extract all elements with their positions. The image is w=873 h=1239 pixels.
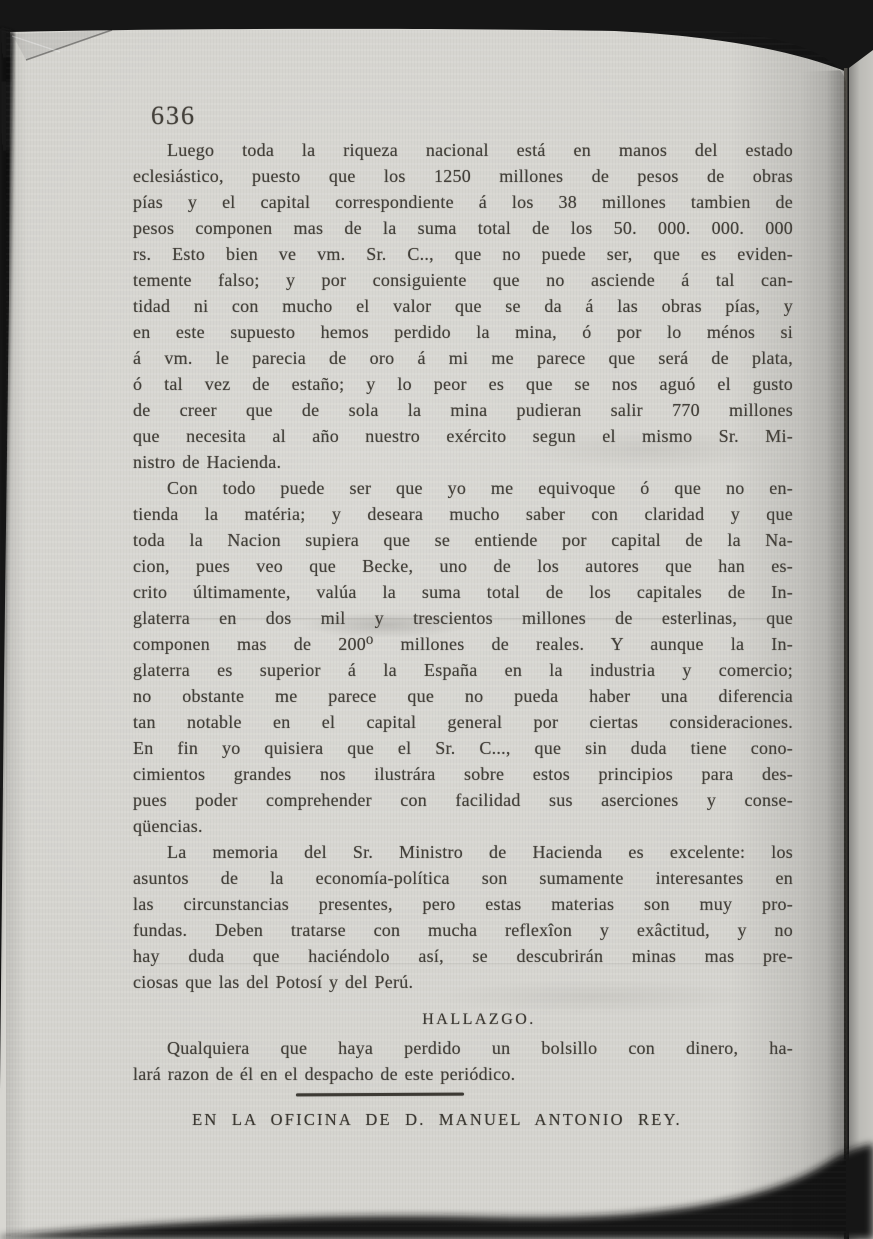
- text-line: nistro de Hacienda.: [133, 449, 793, 475]
- page-number: 636: [151, 101, 196, 131]
- text-line: pías y el capital correspondiente á los …: [133, 189, 793, 215]
- text-line: En fin yo quisiera que el Sr. C..., que …: [133, 735, 793, 761]
- text-line: qüencias.: [133, 813, 793, 839]
- text-line: las circunstancias presentes, pero estas…: [133, 891, 793, 917]
- text-line: La memoria del Sr. Ministro de Hacienda …: [133, 839, 793, 865]
- paragraph: Luego toda la riqueza nacional está en m…: [133, 137, 793, 475]
- text-line: pues poder comprehender con facilidad su…: [133, 787, 793, 813]
- text-line: asuntos de la economía-política son suma…: [133, 865, 793, 891]
- scanned-book-page: 636 Luego toda la riqueza nacional está …: [0, 0, 873, 1239]
- text-line: que necesita al año nuestro exército seg…: [133, 423, 793, 449]
- section-divider-rule: [296, 1093, 464, 1097]
- text-line: glaterra en dos mil y trescientos millon…: [133, 605, 793, 631]
- text-line: Con todo puede ser que yo me equivoque ó…: [133, 475, 793, 501]
- page-gap-line: [844, 68, 848, 1239]
- paragraph: Qualquiera que haya perdido un bolsillo …: [133, 1035, 793, 1087]
- text-line: ó tal vez de estaño; y lo peor es que se…: [133, 371, 793, 397]
- text-line: lará razon de él en el despacho de este …: [133, 1061, 793, 1087]
- text-line: pesos componen mas de la suma total de l…: [133, 215, 793, 241]
- text-line: eclesiástico, puesto que los 1250 millon…: [133, 163, 793, 189]
- text-line: toda la Nacion supiera que se entiende p…: [133, 527, 793, 553]
- paragraph: La memoria del Sr. Ministro de Hacienda …: [133, 839, 793, 995]
- paragraph: Con todo puede ser que yo me equivoque ó…: [133, 475, 793, 839]
- text-line: en este supuesto hemos perdido la mina, …: [133, 319, 793, 345]
- text-line: temente falso; y por consiguiente que no…: [133, 267, 793, 293]
- text-line: Luego toda la riqueza nacional está en m…: [133, 137, 793, 163]
- text-line: hay duda que haciéndolo así, se descubri…: [133, 943, 793, 969]
- text-column: Luego toda la riqueza nacional está en m…: [133, 137, 793, 1131]
- text-line: tidad ni con mucho el valor que se da á …: [133, 293, 793, 319]
- text-line: ciosas que las del Potosí y del Perú.: [133, 969, 793, 995]
- text-line: cimientos grandes nos ilustrára sobre es…: [133, 761, 793, 787]
- text-line: tan notable en el capital general por ci…: [133, 709, 793, 735]
- text-line: no obstante me parece que no pueda haber…: [133, 683, 793, 709]
- text-line: glaterra es superior á la España en la i…: [133, 657, 793, 683]
- text-line: tienda la matéria; y deseara mucho saber…: [133, 501, 793, 527]
- text-line: Qualquiera que haya perdido un bolsillo …: [133, 1035, 793, 1061]
- text-line: cion, pues veo que Becke, uno de los aut…: [133, 553, 793, 579]
- text-line: crito últimamente, valúa la suma total d…: [133, 579, 793, 605]
- text-line: fundas. Deben tratarse con mucha reflexî…: [133, 917, 793, 943]
- text-line: componen mas de 200⁰ millones de reales.…: [133, 631, 793, 657]
- text-line: á vm. le parecia de oro á mi me parece q…: [133, 345, 793, 371]
- text-line: de creer que de sola la mina pudieran sa…: [133, 397, 793, 423]
- section-heading: HALLAZGO.: [149, 1009, 809, 1031]
- text-line: rs. Esto bien ve vm. Sr. C.., que no pue…: [133, 241, 793, 267]
- imprint-line: EN LA OFICINA DE D. MANUEL ANTONIO REY.: [107, 1109, 767, 1131]
